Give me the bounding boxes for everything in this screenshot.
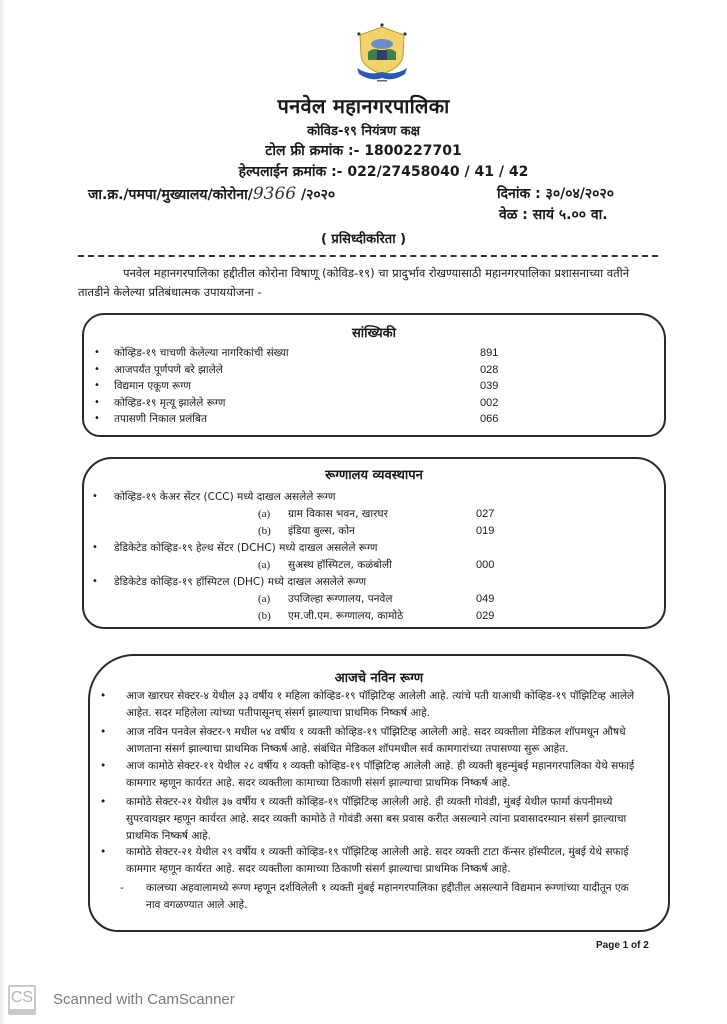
reference-number: जा.क्र./पमपा/मुख्यालय/कोरोना/9366 /२०२० <box>88 184 335 204</box>
stat-value: 039 <box>480 378 498 394</box>
hospital-item-letter: (b) <box>258 523 271 539</box>
hospital-title: रूग्णालय व्यवस्थापन <box>84 465 664 483</box>
stat-row: •तपासणी निकाल प्रलंबित066 <box>94 411 654 427</box>
bullet-icon: • <box>100 724 106 741</box>
stat-row: •कोव्हिड-१९ चाचणी केलेल्या नागरिकांची सं… <box>94 345 654 361</box>
ref-prefix: जा.क्र./पमपा/मुख्यालय/कोरोना/ <box>88 187 253 203</box>
publication-label: ( प्रसिध्दीकरिता ) <box>0 229 727 247</box>
removal-note: -कालच्या अहवालामध्ये रूग्ण म्हणून दर्शवि… <box>120 880 640 914</box>
hospital-item-letter: (a) <box>258 557 270 573</box>
camscanner-text: Scanned with CamScanner <box>53 991 235 1008</box>
hospital-row: (a)उपजिल्हा रूग्णालय, पनवेल049 <box>84 591 644 607</box>
hospital-item-letter: (a) <box>258 591 270 607</box>
stat-label: कोव्हिड-१९ चाचणी केलेल्या नागरिकांची संख… <box>114 345 289 361</box>
stat-label: कोव्हिड-१९ मृत्यू झालेले रूग्ण <box>114 395 225 411</box>
statistics-title: सांख्यिकी <box>84 323 664 341</box>
hospital-row: (b)एम.जी.एम. रूग्णालय, कामोठे029 <box>84 608 644 624</box>
page-number: Page 1 of 2 <box>596 940 649 951</box>
hospital-name: इंडिया बुल्स, कोन <box>288 523 355 539</box>
stat-value: 891 <box>480 345 498 361</box>
new-patient-text: आज नविन पनवेल सेक्टर-९ मधील ५४ वर्षीय १ … <box>126 724 648 758</box>
bullet-icon: • <box>94 411 100 427</box>
hospital-group-label: डेडिकेटेड कोव्हिड-१९ हॉस्पिटल (DHC) मध्य… <box>114 574 366 590</box>
hospital-row: (b)इंडिया बुल्स, कोन019 <box>84 523 644 539</box>
stat-row: •विद्यमान एकूण रूग्ण039 <box>94 378 654 394</box>
new-patient-item: •आज खारघर सेक्टर-४ येथील ३३ वर्षीय १ महि… <box>100 688 648 722</box>
new-patients-box: आजचे नविन रूग्ण •आज खारघर सेक्टर-४ येथील… <box>88 654 670 932</box>
stat-label: विद्यमान एकूण रूग्ण <box>114 378 191 394</box>
bullet-icon: • <box>100 758 106 775</box>
helpline-number: हेल्पलाईन क्रमांक :- 022/27458040 / 41 /… <box>40 162 727 181</box>
hospital-group-label: डेडिकेटेड कोव्हिड-१९ हेल्थ सेंटर (DCHC) … <box>114 540 378 556</box>
stat-row: •आजपर्यंत पूर्णपणे बरे झालेले028 <box>94 362 654 378</box>
bullet-icon: • <box>100 688 106 705</box>
removal-note-text: कालच्या अहवालामध्ये रूग्ण म्हणून दर्शविल… <box>146 880 640 914</box>
hospital-name: उपजिल्हा रूग्णालय, पनवेल <box>288 591 392 607</box>
document-page: पनवेल महानगरपालिका कोविड-१९ नियंत्रण कक्… <box>0 0 727 1024</box>
stat-label: तपासणी निकाल प्रलंबित <box>114 411 207 427</box>
hospital-item-letter: (a) <box>258 506 270 522</box>
hospital-name: एम.जी.एम. रूग्णालय, कामोठे <box>288 608 403 624</box>
intro-paragraph: पनवेल महानगरपालिका हद्दीतील कोरोना विषाण… <box>78 264 658 302</box>
stat-label: आजपर्यंत पूर्णपणे बरे झालेले <box>114 362 223 378</box>
issue-time: वेळ : सायं ५.०० वा. <box>499 205 608 224</box>
new-patient-text: कामोठे सेक्टर-२१ येथील ३७ वर्षीय १ व्यक्… <box>126 794 648 845</box>
stat-value: 028 <box>480 362 498 378</box>
dash-icon: - <box>120 880 124 897</box>
new-patient-item: •आज कामोठे सेक्टर-११ येथील २८ वर्षीय १ व… <box>100 758 648 792</box>
bullet-icon: • <box>100 794 106 811</box>
new-patient-item: •कामोठे सेक्टर-२१ येथील ३७ वर्षीय १ व्यक… <box>100 794 648 845</box>
bullet-icon: • <box>92 574 98 590</box>
new-patient-item: •कामोठे सेक्टर-२१ येथील २९ वर्षीय १ व्यक… <box>100 844 648 878</box>
pmc-emblem-icon <box>355 22 409 84</box>
issue-date: दिनांक : ३०/०४/२०२० <box>497 184 614 203</box>
bullet-icon: • <box>94 395 100 411</box>
hospital-management-box: रूग्णालय व्यवस्थापन •कोव्हिड-१९ केअर सें… <box>82 457 666 629</box>
hospital-row: (a)सुअस्थ हॉस्पिटल, कळंबोली000 <box>84 557 644 573</box>
hospital-count: 027 <box>476 506 494 522</box>
dashed-divider <box>78 255 658 257</box>
ref-suffix: /२०२० <box>296 187 335 203</box>
hospital-name: सुअस्थ हॉस्पिटल, कळंबोली <box>288 557 392 573</box>
hospital-item-letter: (b) <box>258 608 271 624</box>
toll-free-number: टोल फ्री क्रमांक :- 1800227701 <box>0 141 727 160</box>
bullet-icon: • <box>92 540 98 556</box>
hospital-name: ग्राम विकास भवन, खारघर <box>288 506 388 522</box>
ref-handwritten-number: 9366 <box>253 184 296 204</box>
new-patient-item: •आज नविन पनवेल सेक्टर-९ मधील ५४ वर्षीय १… <box>100 724 648 758</box>
page-title: पनवेल महानगरपालिका <box>0 92 727 119</box>
new-patients-title: आजचे नविन रूग्ण <box>90 668 668 686</box>
stat-row: •कोव्हिड-१९ मृत्यू झालेले रूग्ण002 <box>94 395 654 411</box>
hospital-group-label: कोव्हिड-१९ केअर सेंटर (CCC) मध्ये दाखल अ… <box>114 489 335 505</box>
bullet-icon: • <box>94 345 100 361</box>
stat-value: 002 <box>480 395 498 411</box>
bullet-icon: • <box>94 378 100 394</box>
bullet-icon: • <box>94 362 100 378</box>
hospital-count: 029 <box>476 608 494 624</box>
new-patient-text: आज कामोठे सेक्टर-११ येथील २८ वर्षीय १ व्… <box>126 758 648 792</box>
hospital-count: 000 <box>476 557 494 573</box>
new-patient-text: आज खारघर सेक्टर-४ येथील ३३ वर्षीय १ महिल… <box>126 688 648 722</box>
new-patient-text: कामोठे सेक्टर-२१ येथील २९ वर्षीय १ व्यक्… <box>126 844 648 878</box>
stat-value: 066 <box>480 411 498 427</box>
camscanner-logo-icon: CS <box>8 985 36 1015</box>
hospital-count: 019 <box>476 523 494 539</box>
cell-name: कोविड-१९ नियंत्रण कक्ष <box>0 121 727 139</box>
hospital-row: (a)ग्राम विकास भवन, खारघर027 <box>84 506 644 522</box>
statistics-box: सांख्यिकी •कोव्हिड-१९ चाचणी केलेल्या नाग… <box>82 313 666 437</box>
bullet-icon: • <box>100 844 106 861</box>
hospital-count: 049 <box>476 591 494 607</box>
bullet-icon: • <box>92 489 98 505</box>
